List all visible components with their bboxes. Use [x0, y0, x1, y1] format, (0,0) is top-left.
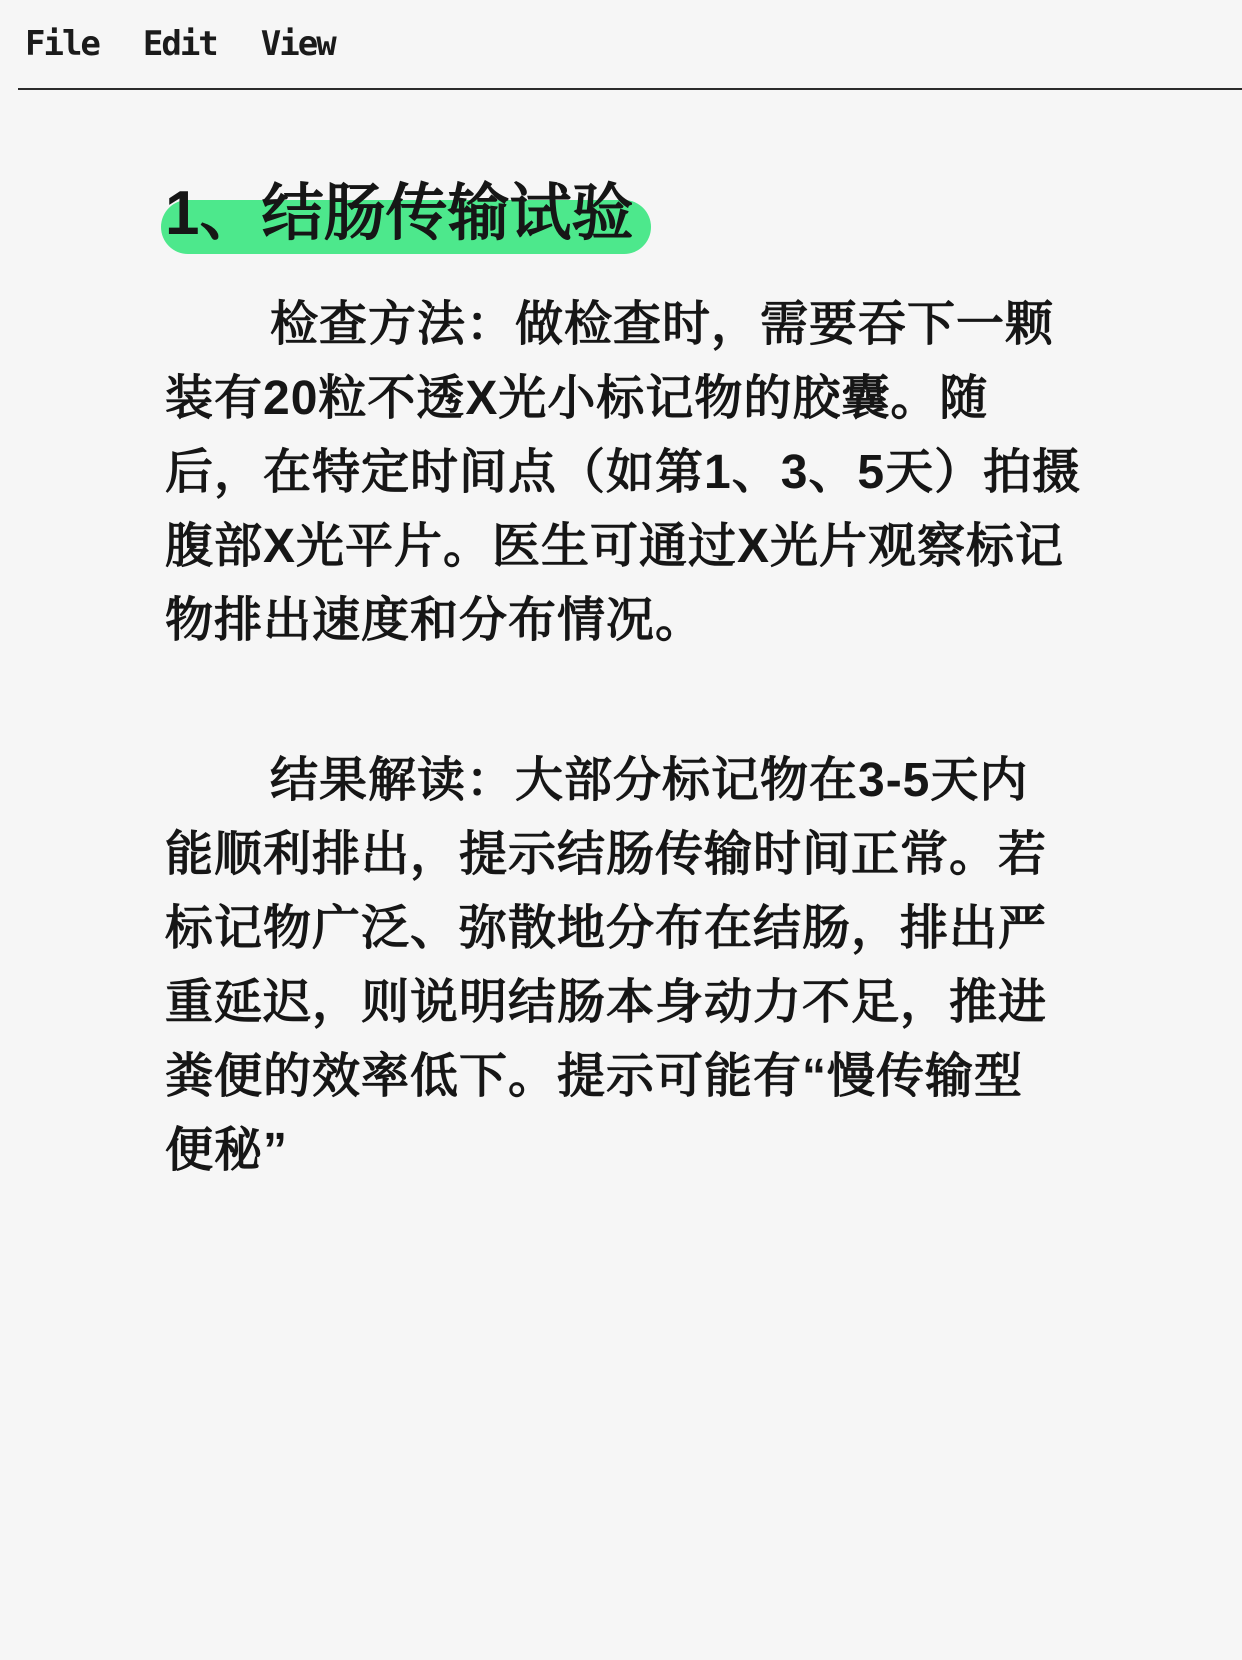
menu-bar: File Edit View [25, 24, 335, 64]
menu-edit[interactable]: Edit [143, 24, 217, 64]
text-line: 腹部X光平片。医生可通过X光片观察标记 [165, 510, 1081, 584]
text-line: 能顺利排出，提示结肠传输时间正常。若 [165, 818, 1047, 892]
menu-divider [18, 88, 1242, 90]
paragraph-result-interpretation: 结果解读：大部分标记物在3-5天内 能顺利排出，提示结肠传输时间正常。若 标记物… [165, 744, 1047, 1188]
text-line: 检查方法：做检查时，需要吞下一颗 [165, 288, 1081, 362]
paragraph-check-method: 检查方法：做检查时，需要吞下一颗 装有20粒不透X光小标记物的胶囊。随 后，在特… [165, 288, 1081, 658]
text-line: 后，在特定时间点（如第1、3、5天）拍摄 [165, 436, 1081, 510]
text-line: 物排出速度和分布情况。 [165, 584, 1081, 658]
text-line: 结果解读：大部分标记物在3-5天内 [165, 744, 1047, 818]
text-line: 标记物广泛、弥散地分布在结肠，排出严 [165, 892, 1047, 966]
text-line: 粪便的效率低下。提示可能有“慢传输型 [165, 1040, 1047, 1114]
menu-view[interactable]: View [261, 24, 335, 64]
text-line: 重延迟，则说明结肠本身动力不足，推进 [165, 966, 1047, 1040]
highlighted-heading-text: 1、结肠传输试验 [165, 172, 643, 256]
text-line: 装有20粒不透X光小标记物的胶囊。随 [165, 362, 1081, 436]
text-line: 便秘” [165, 1114, 1047, 1188]
menu-file[interactable]: File [25, 24, 99, 64]
section-heading: 1、结肠传输试验 [165, 172, 643, 256]
